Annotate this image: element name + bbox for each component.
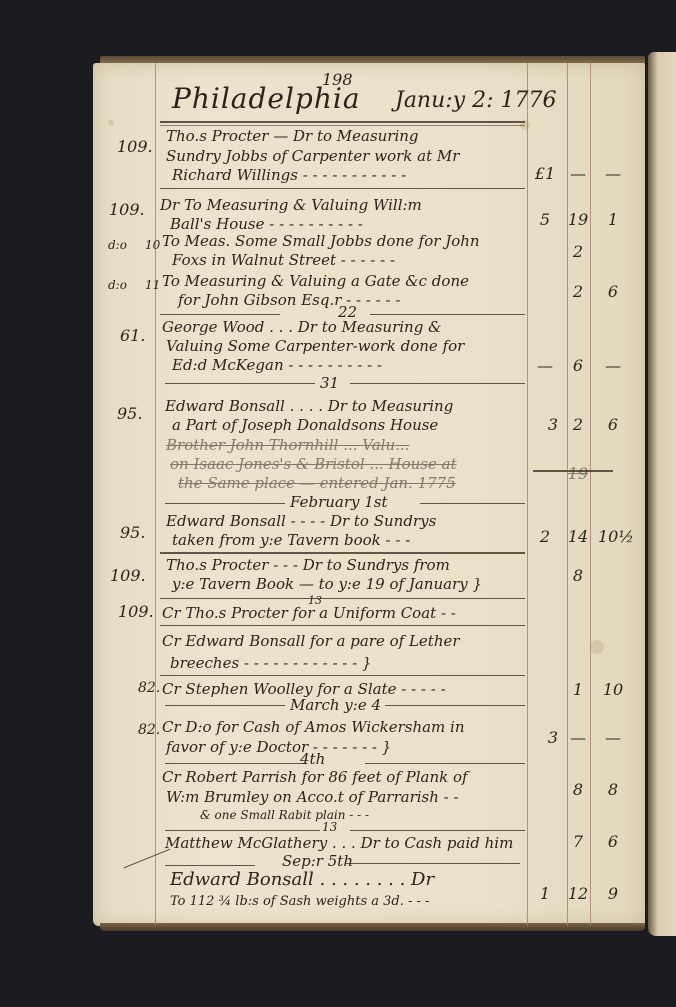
entry-line: Sundry Jobbs of Carpenter work at Mr [166,147,459,166]
crossed-out-line: Brother John Thornhill ... Valu... [166,436,409,455]
crossed-out-amount: 19 [563,464,593,483]
entry-folio: 109. [110,566,146,585]
adjacent-page-edge [648,52,676,936]
amount-pence: 10½ [598,527,628,546]
entry-line: Cr Edward Bonsall for a pare of Lether [162,632,460,651]
date-rule [350,830,525,831]
entry-rule [160,552,525,554]
entry-date-header: February 1st [290,493,388,511]
date-rule [420,503,525,504]
amount-shillings: — [563,728,593,747]
amount-pounds: 1 [530,884,560,903]
entry-line: Edward Bonsall . . . . Dr to Measuring [165,397,453,416]
date-rule [385,705,525,706]
date-rule [345,863,520,864]
entry-line: y:e Tavern Book — to y:e 19 of January } [172,575,482,594]
amount-shillings: 2 [563,242,593,261]
amount-shillings: 2 [563,282,593,301]
entry-rule [160,598,525,599]
amount-pounds: 5 [530,210,560,229]
paper-stain [108,120,114,126]
amount-shillings: 8 [563,780,593,799]
entry-line: taken from y:e Tavern book - - - [172,531,410,550]
entry-line: W:m Brumley on Acco.t of Parrarish - - [166,788,459,807]
date-rule [160,314,280,315]
entry-line: Edward Bonsall . . . . . . . . Dr [170,870,434,889]
amount-pence: 6 [598,282,628,301]
entry-line: George Wood . . . Dr to Measuring & [162,318,441,337]
date-rule [370,314,525,315]
crossed-out-line: on Isaac Jones's & Bristol ... House at [170,455,457,474]
entry-line: favor of y:e Doctor - - - - - - - } [166,738,391,757]
heading-rule [160,121,525,123]
entry-line: Foxs in Walnut Street - - - - - - [172,251,395,270]
heading-date: Janu:y 2: 1776 [395,88,557,113]
entry-day: 11 [145,278,160,292]
entry-line: Ed:d McKegan - - - - - - - - - - [172,356,382,375]
entry-date-header: 13 [322,820,337,834]
entry-folio-ditto: d:o [108,238,127,252]
amount-shillings: 2 [563,415,593,434]
strike-through-line [533,470,613,472]
entry-folio: 109. [118,602,154,621]
entry-line: Valuing Some Carpenter-work done for [166,337,464,356]
entry-folio: 82. [138,722,160,738]
amount-pence: — [598,728,628,747]
amount-shillings: 14 [563,527,593,546]
heading-city: Philadelphia [172,82,361,115]
entry-line: Tho.s Procter — Dr to Measuring [166,127,419,146]
amount-pence: — [598,164,628,183]
amount-pounds: 2 [530,527,560,546]
entry-folio: 95. [120,523,145,542]
page-bottom-edge [100,923,645,931]
crossed-out-line: the Same place — entered Jan. 1775 [178,474,456,493]
pounds-column-rule [527,63,528,926]
amount-shillings: 1 [563,680,593,699]
amount-shillings: — [563,164,593,183]
date-rule [165,763,305,764]
entry-line: Cr Robert Parrish for 86 feet of Plank o… [162,768,468,787]
entry-line: for John Gibson Esq.r - - - - - - [178,291,400,310]
entry-line: Edward Bonsall - - - - Dr to Sundrys [166,512,436,531]
amount-shillings: 6 [563,356,593,375]
date-rule [165,830,320,831]
date-rule [350,383,525,384]
amount-pence: 10 [598,680,628,699]
amount-shillings: 12 [563,884,593,903]
amount-pence: — [598,356,628,375]
entry-line: Cr Tho.s Procter for a Uniform Coat - - [162,604,456,623]
amount-pence: 8 [598,780,628,799]
entry-line: Richard Willings - - - - - - - - - - - [172,166,406,185]
entry-line: To 112 ¾ lb:s of Sash weights a 3d. - - … [170,892,429,911]
amount-pence: 9 [598,884,628,903]
entry-line: Dr To Measuring & Valuing Will:m [160,196,422,215]
date-rule [365,763,525,764]
paper-stain [590,640,604,654]
entry-rule [160,188,525,189]
entry-line: Tho.s Procter - - - Dr to Sundrys from [166,556,450,575]
entry-line: Matthew McGlathery . . . Dr to Cash paid… [165,834,513,853]
entry-line: a Part of Joseph Donaldsons House [172,416,438,435]
date-rule [165,865,255,866]
entry-line: Cr D:o for Cash of Amos Wickersham in [162,718,465,737]
entry-date-header: March y:e 4 [290,696,381,714]
entry-folio-ditto: d:o [108,278,127,292]
date-rule [165,503,285,504]
entry-line: To Measuring & Valuing a Gate &c done [162,272,469,291]
entry-date-header: Sep:r 5th [282,852,353,870]
entry-folio: 95. [117,404,142,423]
entry-line: To Meas. Some Small Jobbs done for John [162,232,480,251]
entry-date-header: 4th [300,750,325,768]
entry-line: & one Small Rabit plain - - - [200,806,369,825]
entry-folio: 82. [138,680,160,696]
amount-pounds: — [530,356,560,375]
amount-shillings: 8 [563,566,593,585]
entry-rule [160,675,525,676]
amount-pence: 6 [598,832,628,851]
entry-day: 10 [145,238,160,252]
amount-pence: 1 [598,210,628,229]
entry-folio: 61. [120,326,145,345]
entry-folio: 109. [117,137,153,156]
amount-shillings: 7 [563,832,593,851]
entry-folio: 109. [109,200,145,219]
date-rule [165,383,315,384]
entry-rule [160,625,525,626]
amount-pence: 6 [598,415,628,434]
margin-rule [155,63,156,926]
entry-line: breeches - - - - - - - - - - - - } [170,654,372,673]
heading-rule [160,125,525,126]
amount-shillings: 19 [563,210,593,229]
amount-pounds: £1 [530,164,560,183]
entry-date-header: 31 [320,374,339,392]
date-rule [165,705,285,706]
